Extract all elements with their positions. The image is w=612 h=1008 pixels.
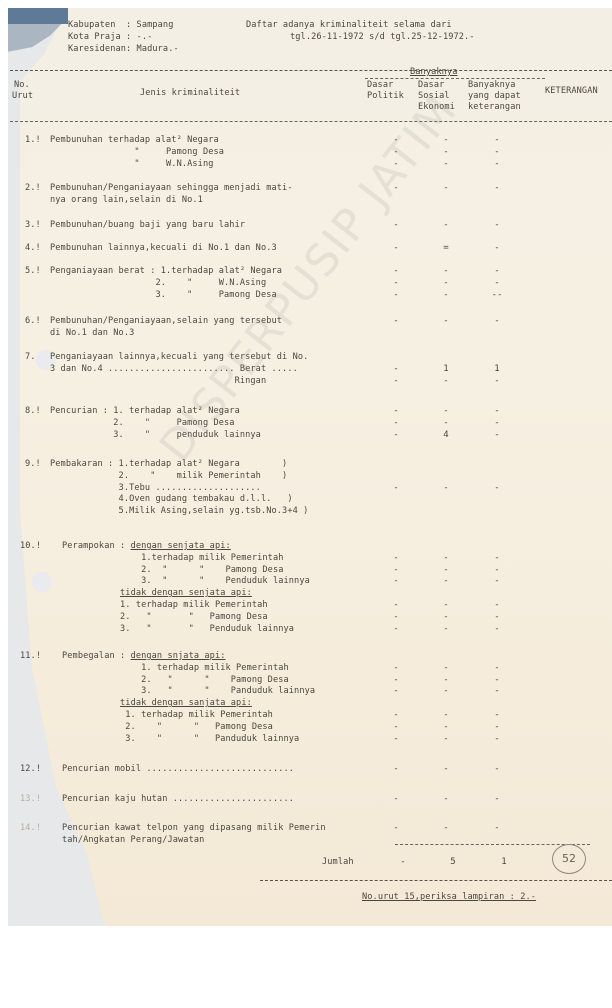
- crime-type-text: Pencurian kaju hutan ...................…: [62, 794, 294, 806]
- banyaknya-keterangan-value: -: [490, 159, 504, 169]
- total-dasar-sosial: 5: [446, 857, 460, 867]
- banyaknya-keterangan-value: -: [490, 278, 504, 288]
- crime-type-text: Pembegalan : dengan snjata api:: [62, 651, 226, 663]
- crime-type-text: tidak dengan sanjata api:: [62, 698, 252, 710]
- kota-praja-label: Kota Praja : -.-: [68, 32, 152, 44]
- dasar-politik-value: -: [389, 794, 403, 804]
- dasar-sosial-value: -: [439, 266, 453, 276]
- total-bottom-rule: [260, 880, 612, 881]
- dasar-sosial-value: -: [439, 376, 453, 386]
- page-number-stamp: 52: [552, 844, 586, 874]
- dasar-sosial-value: -: [439, 220, 453, 230]
- row-number: 14.!: [20, 823, 41, 835]
- row-number: 2.!: [25, 183, 41, 195]
- dasar-politik-value: -: [389, 624, 403, 634]
- row-number: 13.!: [20, 794, 41, 806]
- total-label: Jumlah: [322, 857, 354, 869]
- no-urut-header-line1: No.: [14, 80, 30, 92]
- banyaknya-keterangan-value: -: [490, 722, 504, 732]
- row-number: 1.!: [25, 135, 41, 147]
- dasar-sosial-value: 4: [439, 430, 453, 440]
- banyaknya-keterangan-value: -: [490, 553, 504, 563]
- dasar-sosial-value: -: [439, 278, 453, 288]
- dasar-politik-value: -: [389, 612, 403, 622]
- dasar-politik-value: -: [389, 553, 403, 563]
- crime-type-text: nya orang lain,selain di No.1: [50, 195, 203, 207]
- dasar-sosial-value: 1: [439, 364, 453, 374]
- dasar-sosial-value: -: [439, 418, 453, 428]
- document-title: Daftar adanya kriminaliteit selama dari: [246, 20, 452, 32]
- dasar-politik-header-1: Dasar: [367, 80, 393, 92]
- banyaknya-keterangan-value: -: [490, 734, 504, 744]
- crime-type-text: tah/Angkatan Perang/Jawatan: [62, 835, 204, 847]
- crime-type-text: Pencurian kawat telpon yang dipasang mil…: [62, 823, 326, 835]
- banyaknya-ket-header-1: Banyaknya: [468, 80, 515, 92]
- dasar-politik-value: -: [389, 576, 403, 586]
- crime-type-text: " Pamong Desa: [50, 147, 224, 159]
- crime-type-text: 3. " Pamong Desa: [50, 290, 277, 302]
- crime-type-text: 2. " " Pamong Desa: [62, 565, 284, 577]
- row-number: 6.!: [25, 316, 41, 328]
- crime-type-text: Perampokan : dengan senjata api:: [62, 541, 231, 553]
- dasar-sosial-value: -: [439, 553, 453, 563]
- banyaknya-keterangan-value: -: [490, 147, 504, 157]
- dasar-politik-value: -: [389, 406, 403, 416]
- keterangan-header: KETERANGAN: [545, 86, 598, 98]
- dasar-sosial-value: -: [439, 734, 453, 744]
- dasar-politik-header-2: Politik: [367, 91, 404, 103]
- no-urut-header-line2: Urut: [12, 91, 33, 103]
- crime-type-text: 3.Tebu ....................: [50, 483, 261, 495]
- row-number: 8.!: [25, 406, 41, 418]
- banyaknya-keterangan-value: -: [490, 612, 504, 622]
- banyaknya-keterangan-value: -: [490, 418, 504, 428]
- banyaknya-keterangan-value: 1: [490, 364, 504, 374]
- dasar-politik-value: -: [389, 565, 403, 575]
- banyaknya-keterangan-value: -: [490, 483, 504, 493]
- banyaknya-keterangan-value: -: [490, 376, 504, 386]
- dasar-politik-value: -: [389, 734, 403, 744]
- dasar-politik-value: -: [389, 364, 403, 374]
- crime-type-text: 2. " " Pamong Desa: [62, 675, 289, 687]
- dasar-sosial-value: -: [439, 686, 453, 696]
- crime-type-text: 4.Oven gudang tembakau d.l.l. ): [50, 494, 293, 506]
- document-period: tgl.26-11-1972 s/d tgl.25-12-1972.-: [290, 32, 475, 44]
- banyaknya-keterangan-value: -: [490, 823, 504, 833]
- crime-type-text: 2. " W.N.Asing: [50, 278, 266, 290]
- row-number: 4.!: [25, 243, 41, 255]
- crime-type-text: 3. " " Panduduk lainnya: [62, 686, 315, 698]
- crime-type-text: 3. " " Penduduk lainnya: [62, 576, 310, 588]
- dasar-politik-value: -: [389, 710, 403, 720]
- banyaknya-keterangan-value: -: [490, 710, 504, 720]
- dasar-politik-value: -: [389, 764, 403, 774]
- dasar-sosial-value: -: [439, 576, 453, 586]
- banyaknya-ket-header-3: keterangan: [468, 102, 521, 114]
- dasar-politik-value: -: [389, 722, 403, 732]
- dasar-politik-value: -: [389, 663, 403, 673]
- banyaknya-keterangan-value: -: [490, 794, 504, 804]
- crime-type-text: tidak dengan senjata api:: [62, 588, 252, 600]
- banyaknya-keterangan-value: -: [490, 675, 504, 685]
- dasar-politik-value: -: [389, 278, 403, 288]
- crime-type-text: 1. terhadap milik Pemerintah: [62, 663, 289, 675]
- background-strip: [8, 8, 68, 24]
- dasar-sosial-value: -: [439, 600, 453, 610]
- banyaknya-keterangan-value: --: [490, 290, 504, 300]
- banyaknya-keterangan-value: -: [490, 663, 504, 673]
- dasar-sosial-value: -: [439, 663, 453, 673]
- dasar-politik-value: -: [389, 266, 403, 276]
- crime-type-text: Pembunuhan/Penganiayaan sehingga menjadi…: [50, 183, 293, 195]
- banyaknya-keterangan-value: -: [490, 135, 504, 145]
- crime-type-text: Pembakaran : 1.terhadap alat² Negara ): [50, 459, 287, 471]
- crime-type-text: Pencurian mobil ........................…: [62, 764, 294, 776]
- crime-type-text: 2. " " Pamong Desa: [62, 612, 268, 624]
- crime-type-text: 2. " milik Pemerintah ): [50, 471, 287, 483]
- banyaknya-keterangan-value: -: [490, 764, 504, 774]
- banyaknya-keterangan-value: -: [490, 220, 504, 230]
- banyaknya-keterangan-value: -: [490, 243, 504, 253]
- crime-type-text: 2. " " Pamong Desa: [62, 722, 273, 734]
- crime-type-text: Pembunuhan lainnya,kecuali di No.1 dan N…: [50, 243, 277, 255]
- dasar-politik-value: -: [389, 823, 403, 833]
- banyaknya-header: Banyaknya: [410, 67, 457, 79]
- dasar-politik-value: -: [389, 316, 403, 326]
- crime-type-text: 3. " " Penduduk lainnya: [62, 624, 294, 636]
- dasar-politik-value: -: [389, 418, 403, 428]
- total-dasar-politik: -: [396, 857, 410, 867]
- dasar-sosial-value: -: [439, 612, 453, 622]
- banyaknya-keterangan-value: -: [490, 624, 504, 634]
- crime-type-text: di No.1 dan No.3: [50, 328, 134, 340]
- dasar-sosial-value: -: [439, 483, 453, 493]
- crime-type-text: Pembunuhan terhadap alat² Negara: [50, 135, 219, 147]
- dasar-sosial-value: -: [439, 710, 453, 720]
- punch-hole: [32, 572, 52, 592]
- row-number: 7.: [25, 352, 36, 364]
- dasar-sosial-value: =: [439, 243, 453, 253]
- crime-type-text: 1. terhadap milik Pemerintah: [62, 710, 273, 722]
- crime-type-text: Pembunuhan/buang baji yang baru lahir: [50, 220, 245, 232]
- dasar-politik-value: -: [389, 430, 403, 440]
- dasar-sosial-value: -: [439, 565, 453, 575]
- crime-type-text: " W.N.Asing: [50, 159, 214, 171]
- dasar-politik-value: -: [389, 675, 403, 685]
- banyaknya-keterangan-value: -: [490, 406, 504, 416]
- dasar-politik-value: -: [389, 600, 403, 610]
- crime-type-text: Penganiayaan berat : 1.terhadap alat² Ne…: [50, 266, 282, 278]
- dasar-sosial-value: -: [439, 183, 453, 193]
- karesidenan-label: Karesidenan: Madura.-: [68, 44, 179, 56]
- crime-type-text: 3. " " Panduduk lainnya: [62, 734, 299, 746]
- banyaknya-keterangan-value: -: [490, 565, 504, 575]
- dasar-sosial-value: -: [439, 794, 453, 804]
- dasar-sosial-value: -: [439, 624, 453, 634]
- banyaknya-keterangan-value: -: [490, 576, 504, 586]
- banyaknya-keterangan-value: -: [490, 430, 504, 440]
- row-number: 3.!: [25, 220, 41, 232]
- dasar-sosial-value: -: [439, 159, 453, 169]
- kabupaten-label: Kabupaten : Sampang: [68, 20, 173, 32]
- dasar-politik-value: -: [389, 243, 403, 253]
- dasar-sosial-value: -: [439, 406, 453, 416]
- banyaknya-keterangan-value: -: [490, 266, 504, 276]
- banyaknya-keterangan-value: -: [490, 316, 504, 326]
- banyaknya-keterangan-value: -: [490, 183, 504, 193]
- row-number: 9.!: [25, 459, 41, 471]
- dasar-sosial-value: -: [439, 675, 453, 685]
- dasar-sosial-value: -: [439, 316, 453, 326]
- crime-type-text: 1. terhadap milik Pemerintah: [62, 600, 268, 612]
- row-number: 11.!: [20, 651, 41, 663]
- dasar-politik-value: -: [389, 290, 403, 300]
- dasar-politik-value: -: [389, 483, 403, 493]
- banyaknya-keterangan-value: -: [490, 600, 504, 610]
- header-bottom-rule: [10, 121, 612, 122]
- total-banyaknya-keterangan: 1: [497, 857, 511, 867]
- row-number: 5.!: [25, 266, 41, 278]
- dasar-sosial-value: -: [439, 722, 453, 732]
- dasar-politik-value: -: [389, 220, 403, 230]
- jenis-header: Jenis kriminaliteit: [140, 88, 240, 100]
- header-top-rule: [10, 70, 612, 71]
- footnote: No.urut 15,periksa lampiran : 2.-: [362, 892, 536, 904]
- dasar-sosial-value: -: [439, 764, 453, 774]
- row-number: 12.!: [20, 764, 41, 776]
- banyaknya-keterangan-value: -: [490, 686, 504, 696]
- dasar-politik-value: -: [389, 376, 403, 386]
- row-number: 10.!: [20, 541, 41, 553]
- banyaknya-ket-header-2: yang dapat: [468, 91, 521, 103]
- dasar-sosial-value: -: [439, 290, 453, 300]
- dasar-politik-value: -: [389, 686, 403, 696]
- dasar-sosial-value: -: [439, 823, 453, 833]
- crime-type-text: 5.Milik Asing,selain yg.tsb.No.3+4 ): [50, 506, 308, 518]
- crime-type-text: 1.terhadap milik Pemerintah: [62, 553, 284, 565]
